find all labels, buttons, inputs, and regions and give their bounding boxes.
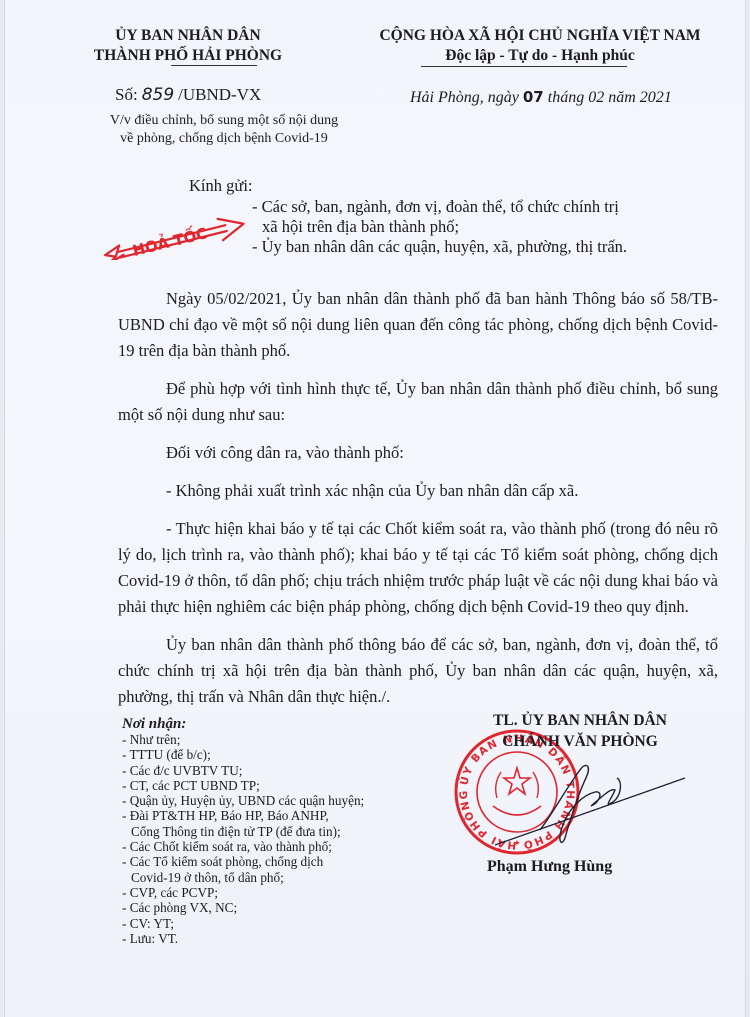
subject-line-2: về phòng, chống dịch bệnh Covid-19: [89, 130, 359, 148]
recipient-item: Covid-19 ở thôn, tổ dân phố;: [122, 870, 402, 885]
recipient-item: - CVP, các PCVP;: [122, 885, 402, 900]
subject-line-1: V/v điều chỉnh, bổ sung một số nội dung: [89, 112, 359, 130]
recipients-block: Nơi nhận: - Như trên; - TTTU (để b/c); -…: [122, 716, 402, 946]
body-paragraph: Để phù hợp với tình hình thực tế, Ủy ban…: [118, 376, 718, 428]
issuer-header: ỦY BAN NHÂN DÂN THÀNH PHỐ HẢI PHÒNG: [73, 26, 303, 66]
body-paragraph: Đối với công dân ra, vào thành phố:: [118, 440, 718, 466]
recipient-item: - Các Tổ kiểm soát phòng, chống dịch: [122, 854, 402, 869]
national-title: CỘNG HÒA XÃ HỘI CHỦ NGHĨA VIỆT NAM: [345, 26, 735, 46]
doc-number-prefix: Số:: [115, 85, 138, 104]
recipient-item: - Các Chốt kiểm soát ra, vào thành phố;: [122, 839, 402, 854]
body-paragraph: Ủy ban nhân dân thành phố thông báo để c…: [118, 632, 718, 710]
addressee-item: - Ủy ban nhân dân các quận, huyện, xã, p…: [252, 237, 712, 257]
document-body: Ngày 05/02/2021, Ủy ban nhân dân thành p…: [118, 286, 718, 722]
motto-underline: [421, 66, 627, 67]
doc-number-suffix: /UBND-VX: [178, 85, 261, 104]
svg-text:HOẢ TỐC: HOẢ TỐC: [130, 221, 209, 260]
recipients-title: Nơi nhận:: [122, 716, 402, 732]
body-paragraph: - Thực hiện khai báo y tế tại các Chốt k…: [118, 516, 718, 620]
recipient-item: Cổng Thông tin điện tử TP (để đưa tin);: [122, 824, 402, 839]
body-paragraph: - Không phải xuất trình xác nhận của Ủy …: [118, 478, 718, 504]
recipient-item: - Như trên;: [122, 732, 402, 747]
recipient-item: - Đài PT&TH HP, Báo HP, Báo ANHP,: [122, 808, 402, 823]
body-paragraph: Ngày 05/02/2021, Ủy ban nhân dân thành p…: [118, 286, 718, 364]
date-prefix: Hải Phòng, ngày: [410, 89, 519, 106]
recipient-item: - CT, các PCT UBND TP;: [122, 778, 402, 793]
urgent-stamp-icon: HOẢ TỐC: [93, 200, 253, 260]
document-number: Số:859/UBND-VX: [115, 85, 261, 105]
signature-scribble-icon: [485, 750, 705, 860]
addressee-item: xã hội trên địa bàn thành phố;: [252, 217, 712, 237]
national-motto: Độc lập - Tự do - Hạnh phúc: [345, 46, 735, 66]
addressee-item: - Các sở, ban, ngành, đơn vị, đoàn thể, …: [252, 197, 712, 217]
issuer-line-1: ỦY BAN NHÂN DÂN: [73, 26, 303, 46]
issue-date: Hải Phòng, ngày07tháng 02 năm 2021: [410, 88, 672, 107]
recipient-item: - Các phòng VX, NC;: [122, 900, 402, 915]
addressee-label: Kính gửi:: [189, 176, 253, 196]
recipient-item: - Quận ủy, Huyện ủy, UBND các quận huyện…: [122, 793, 402, 808]
document-page: ỦY BAN NHÂN DÂN THÀNH PHỐ HẢI PHÒNG CỘNG…: [4, 0, 746, 1017]
subject: V/v điều chỉnh, bổ sung một số nội dung …: [89, 112, 359, 148]
doc-number-value: 859: [142, 85, 174, 105]
signer-name: Phạm Hưng Hùng: [487, 858, 612, 876]
recipient-item: - CV: YT;: [122, 916, 402, 931]
recipient-item: - Lưu: VT.: [122, 931, 402, 946]
date-rest: tháng 02 năm 2021: [548, 89, 672, 106]
addressee-list: - Các sở, ban, ngành, đơn vị, đoàn thể, …: [252, 197, 712, 257]
signature-title-2: CHÁNH VĂN PHÒNG: [445, 731, 715, 752]
date-day: 07: [523, 88, 544, 106]
recipient-item: - TTTU (để b/c);: [122, 747, 402, 762]
recipient-item: - Các đ/c UVBTV TU;: [122, 763, 402, 778]
national-header: CỘNG HÒA XÃ HỘI CHỦ NGHĨA VIỆT NAM Độc l…: [345, 26, 735, 66]
issuer-line-2: THÀNH PHỐ HẢI PHÒNG: [73, 46, 303, 66]
issuer-underline: [171, 65, 257, 66]
signature-block: TL. ỦY BAN NHÂN DÂN ỦY BAN NHÂN DÂN THÀN…: [445, 710, 715, 880]
